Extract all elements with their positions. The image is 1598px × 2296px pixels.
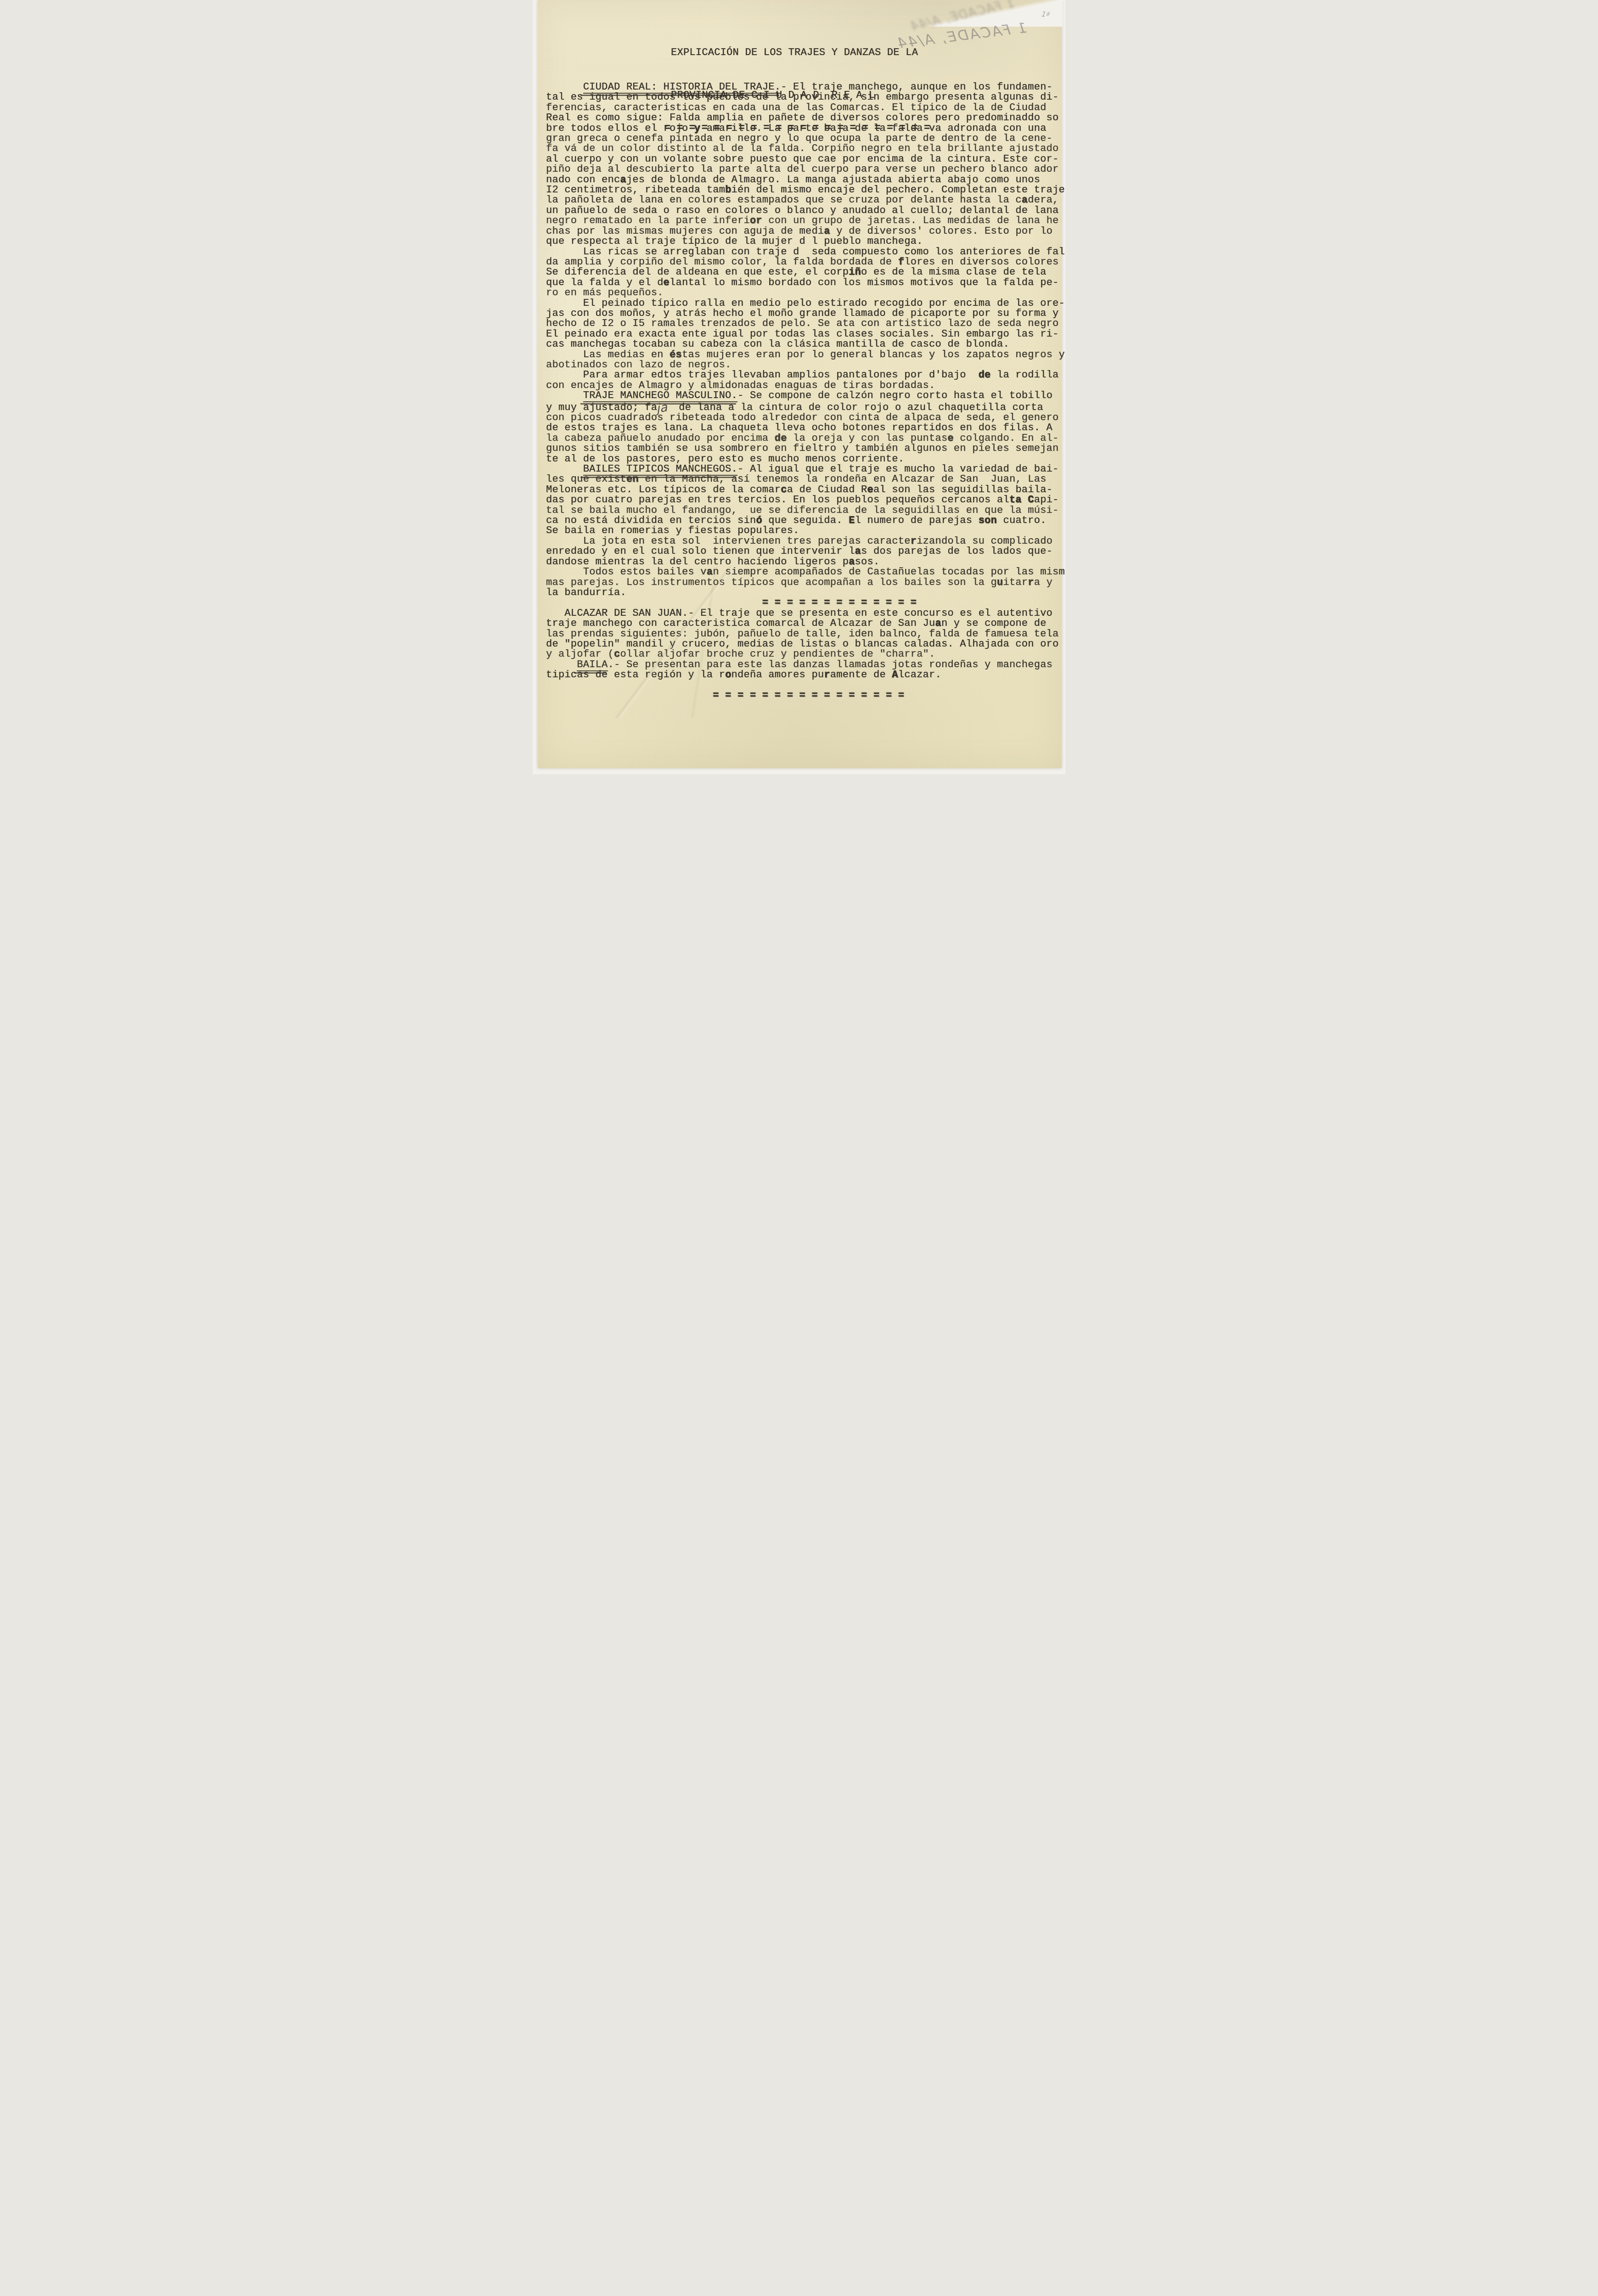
document-sheet: 1 FACADE, A/44 1 FACADE, A/44 1ª EXPLICA…: [538, 0, 1062, 768]
text-line: Todos estos bailes van siempre acompañad…: [546, 567, 1060, 577]
text-line: CIUDAD REAL: HISTORIA DEL TRAJE.- El tra…: [546, 82, 1060, 92]
text-line: nado con encajes de blonda de Almagro. L…: [546, 175, 1060, 185]
text-line: BAILES TIPICOS MANCHEGOS.- Al igual que …: [546, 464, 1060, 474]
text-line: dandose mientras la del centro haciendo …: [546, 557, 1060, 567]
text-line: ro en más pequeños.: [546, 288, 1060, 298]
text-line: cas manchegas tocaban su cabeza con la c…: [546, 339, 1060, 349]
text-line: la cabeza pañuelo anudado por encima de …: [546, 433, 1060, 444]
document-body: CIUDAD REAL: HISTORIA DEL TRAJE.- El tra…: [546, 82, 1060, 701]
text-line: abotinados con lazo de negros.: [546, 360, 1060, 370]
text-line: jas con dos moños, y atrás hecho el moño…: [546, 309, 1060, 319]
text-line: BAILA.- Se presentan para este las danza…: [546, 660, 1060, 670]
text-line: Real es como sigue: Falda amplia en pañe…: [546, 113, 1060, 123]
text-line: bre todos ellos el rojo y amarillo. La p…: [546, 124, 1060, 134]
text-line: [546, 681, 1060, 691]
text-line: enredado y en el cual solo tienen que in…: [546, 546, 1060, 557]
text-line: al cuerpo y con un volante sobre puesto …: [546, 154, 1060, 164]
text-line: de "popelin" mandil y crucero, medias de…: [546, 639, 1060, 649]
text-line: con picos cuadrados ribeteada todo alred…: [546, 413, 1060, 423]
text-line: da amplia y corpiño del mismo color, la …: [546, 257, 1060, 267]
text-line: Meloneras etc. Los típicos de la comarca…: [546, 485, 1060, 495]
text-line: tal se baila mucho el fandango, ue se di…: [546, 506, 1060, 516]
text-line: la bandurría.: [546, 588, 1060, 598]
text-line: fa vá de un color distinto al de la fald…: [546, 144, 1060, 154]
text-line: un pañuelo de seda o raso en colores o b…: [546, 206, 1060, 216]
text-line: El peinado era exacta ente igual por tod…: [546, 329, 1060, 339]
text-line: Se baila en romerias y fiestas populares…: [546, 526, 1060, 536]
text-line: Las ricas se arreglaban con traje d seda…: [546, 247, 1060, 257]
text-line: Las medias en éstas mujeres eran por lo …: [546, 350, 1060, 360]
text-line: les que existen en la Mancha, así tenemo…: [546, 474, 1060, 484]
text-line: tipicas de esta región y la rondeña amor…: [546, 670, 1060, 680]
text-line: de estos trajes es lana. La chaqueta lle…: [546, 423, 1060, 433]
text-line: hecho de I2 o I5 ramales trenzados de pe…: [546, 319, 1060, 329]
text-line: chas por las mismas mujeres con aguja de…: [546, 226, 1060, 236]
text-line: gunos sitios también se usa sombrero en …: [546, 444, 1060, 454]
text-line: que respecta al traje típico de la mujer…: [546, 236, 1060, 247]
text-line: tal es igual en todos los pueblos de la …: [546, 92, 1060, 102]
text-line: = = = = = = = = = = = = = = = =: [546, 691, 1060, 701]
text-line: = = = = = = = = = = = = =: [546, 598, 1060, 608]
text-line: las prendas siguientes: jubón, pañuelo d…: [546, 629, 1060, 639]
text-line: negro rematado en la parte inferior con …: [546, 216, 1060, 226]
text-line: La jota en esta sol intervienen tres par…: [546, 536, 1060, 546]
text-line: ferencias, caracteristicas en cada una d…: [546, 103, 1060, 113]
text-line: Para armar edtos trajes llevaban amplios…: [546, 370, 1060, 380]
page-title-line-1: EXPLICACIÓN DE LOS TRAJES Y DANZAS DE LA: [671, 47, 930, 58]
text-line: TRAJE MANCHEGO MASCULINO.- Se compone de…: [546, 391, 1060, 401]
text-line: mas parejas. Los instrumentos típicos qu…: [546, 578, 1060, 588]
text-line: con encajes de Almagro y almidonadas ena…: [546, 381, 1060, 391]
text-line: das por cuatro parejas en tres tercios. …: [546, 495, 1060, 505]
text-line: traje manchego con caracteristica comarc…: [546, 619, 1060, 629]
corner-mark: 1ª: [1041, 10, 1050, 20]
text-line: te al de los pastores, pero esto es much…: [546, 454, 1060, 464]
text-line: gran greca o cenefa pintada en negro y l…: [546, 134, 1060, 144]
text-line: Se diferencia del de aldeana en que este…: [546, 267, 1060, 277]
scanned-page: 1 FACADE, A/44 1 FACADE, A/44 1ª EXPLICA…: [533, 0, 1065, 774]
text-line: y aljofar (collar aljofar broche cruz y …: [546, 649, 1060, 659]
text-line: la pañoleta de lana en colores estampado…: [546, 195, 1060, 205]
text-line: El peinado típico ralla en medio pelo es…: [546, 298, 1060, 309]
text-line: ca no está dividida en tercios sinó que …: [546, 516, 1060, 526]
text-line: ALCAZAR DE SAN JUAN.- El traje que se pr…: [546, 608, 1060, 619]
text-line: que la falda y el delantal lo mismo bord…: [546, 278, 1060, 288]
text-line: piño deja al descubierto la parte alta d…: [546, 164, 1060, 174]
text-line: I2 centimetros, ribeteada también del mi…: [546, 185, 1060, 195]
